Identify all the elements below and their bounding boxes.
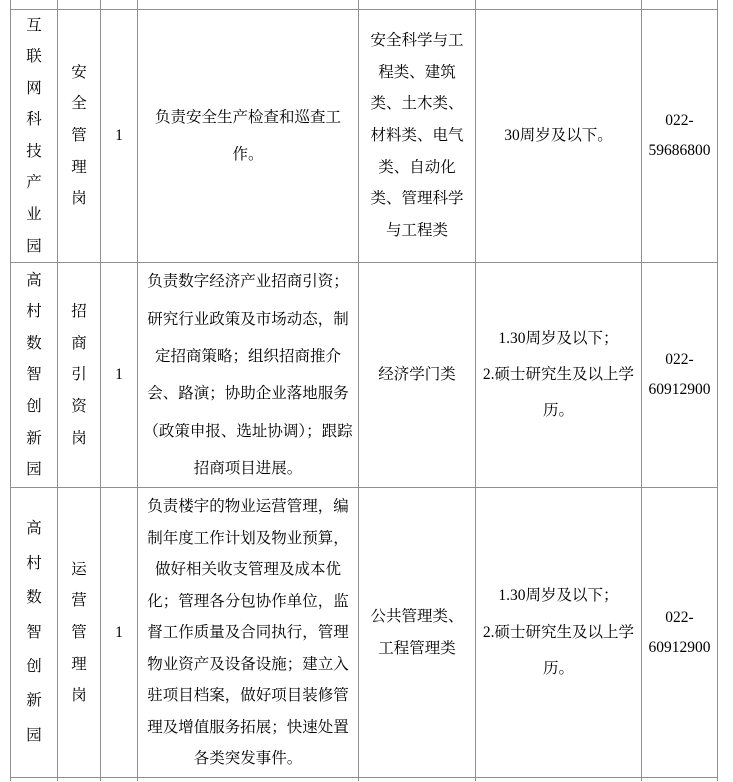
duties-cell: 负责楼宇的物业运营管理，编 制年度工作计划及物业预算， 做好相关收支管理及成本优…	[138, 488, 359, 778]
table-row: 互 联 网 科 技 产 业 园 安 全 管 理 岗 1 负责安全生产检查和巡查工…	[11, 9, 718, 263]
age-requirement-cell: 30周岁及以下。	[476, 9, 642, 263]
headcount-cell: 1	[101, 9, 138, 263]
empty-cell	[11, 0, 58, 9]
age-requirement-cell: 1.30周岁及以下； 2.硕士研究生及以上学 历。	[476, 488, 642, 778]
duties-cell: 负责数字经济产业招商引资； 研究行业政策及市场动态，制 定招商策略；组织招商推介…	[138, 263, 359, 488]
position-cell: 招 商 引 资 岗	[58, 263, 101, 488]
age-requirement-cell: 1.30周岁及以下； 2.硕士研究生及以上学 历。	[476, 263, 642, 488]
headcount-cell: 1	[101, 488, 138, 778]
empty-cell	[58, 778, 101, 781]
phone-cell: 022- 60912900	[642, 488, 718, 778]
recruitment-table: 互 联 网 科 技 产 业 园 安 全 管 理 岗 1 负责安全生产检查和巡查工…	[10, 0, 718, 781]
empty-cell	[101, 778, 138, 781]
phone-cell: 022- 59686800	[642, 9, 718, 263]
table-row-partial-top	[11, 0, 718, 9]
empty-cell	[138, 778, 359, 781]
park-name-cell: 互 联 网 科 技 产 业 园	[11, 9, 58, 263]
majors-cell: 经济学门类	[359, 263, 476, 488]
majors-cell: 安全科学与工 程类、建筑 类、土木类、 材料类、电气 类、自动化 类、管理科学 …	[359, 9, 476, 263]
position-cell: 运 营 管 理 岗	[58, 488, 101, 778]
headcount-cell: 1	[101, 263, 138, 488]
empty-cell	[138, 0, 359, 9]
park-name-cell: 高 村 数 智 创 新 园	[11, 263, 58, 488]
empty-cell	[642, 778, 718, 781]
empty-cell	[101, 0, 138, 9]
empty-cell	[642, 0, 718, 9]
empty-cell	[476, 778, 642, 781]
majors-cell: 公共管理类、 工程管理类	[359, 488, 476, 778]
empty-cell	[58, 0, 101, 9]
table-row: 高 村 数 智 创 新 园 运 营 管 理 岗 1 负责楼宇的物业运营管理，编 …	[11, 488, 718, 778]
position-cell: 安 全 管 理 岗	[58, 9, 101, 263]
recruitment-table-page: 互 联 网 科 技 产 业 园 安 全 管 理 岗 1 负责安全生产检查和巡查工…	[0, 0, 733, 782]
empty-cell	[359, 778, 476, 781]
phone-cell: 022- 60912900	[642, 263, 718, 488]
table-row-partial-bottom	[11, 778, 718, 781]
duties-cell: 负责安全生产检查和巡查工 作。	[138, 9, 359, 263]
table-row: 高 村 数 智 创 新 园 招 商 引 资 岗 1 负责数字经济产业招商引资； …	[11, 263, 718, 488]
empty-cell	[11, 778, 58, 781]
empty-cell	[476, 0, 642, 9]
park-name-cell: 高 村 数 智 创 新 园	[11, 488, 58, 778]
empty-cell	[359, 0, 476, 9]
